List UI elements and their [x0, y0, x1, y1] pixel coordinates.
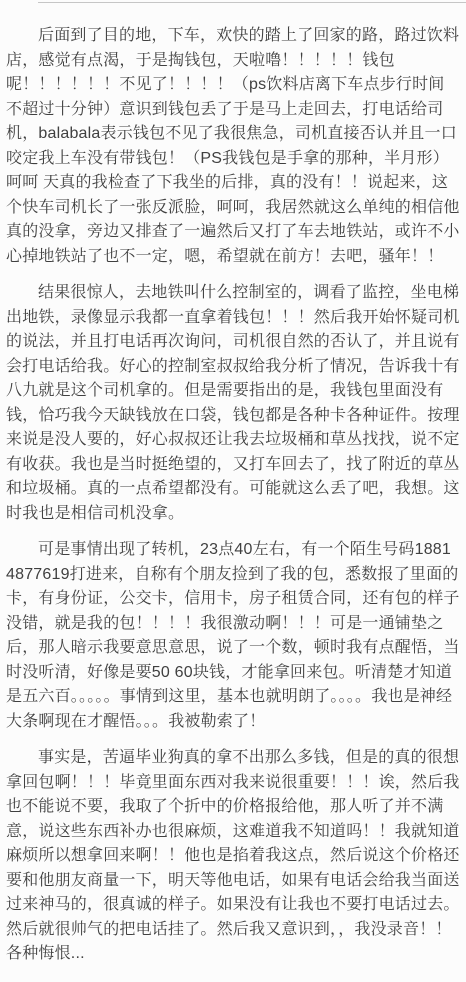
top-divider	[38, 2, 466, 3]
post-paragraph-4: 事实是，苦逼毕业狗真的拿不出那么多钱，但是的真的很想拿回包啊！！！毕竟里面东西对…	[6, 746, 460, 967]
post-paragraph-3: 可是事情出现了转机，23点40左右，有一个陌生号码18814877619打进来，…	[6, 538, 460, 734]
post-paragraph-2: 结果很惊人，去地铁叫什么控制室的，调看了监控，坐电梯出地铁，录像显示我都一直拿着…	[6, 281, 460, 526]
post-body: 后面到了目的地，下车，欢快的踏上了回家的路，路过饮料店，感觉有点渴，于是掏钱包，…	[0, 0, 466, 967]
post-paragraph-1: 后面到了目的地，下车，欢快的踏上了回家的路，路过饮料店，感觉有点渴，于是掏钱包，…	[6, 24, 460, 269]
